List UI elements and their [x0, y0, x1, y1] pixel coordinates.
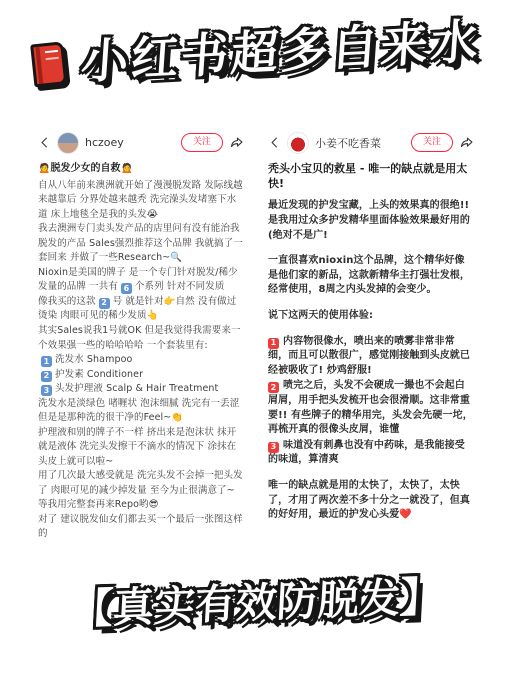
kit-item-label: 洗发水 Shampoo	[55, 354, 132, 365]
post-title: 🙍脱发少女的自救🙍	[38, 161, 244, 176]
share-arrow-icon	[459, 135, 474, 150]
keycap-3-badge: 3	[268, 442, 279, 453]
keycap-3-badge: 3	[41, 385, 52, 396]
post-paragraph: 我去澳洲专门卖头发产品的店里问有没有能治我脱发的产品 Sales强烈推荐这个品牌…	[38, 222, 244, 266]
kit-list-item: 2护发素 Conditioner	[38, 368, 244, 383]
kit-list-item: 3头发护理液 Scalp & Hair Treatment	[38, 382, 244, 397]
post-right-header: 小姜不吃香菜 关注	[268, 132, 474, 154]
post-paragraph: 护理液和别的牌子不一样 挤出来是泡沫状 抹开就是液体 洗完头发擦干不滴水的情况下…	[38, 426, 244, 470]
experience-list-item: 3味道没有刺鼻也没有中药味，是我能接受的味道，算清爽	[268, 439, 474, 468]
post-paragraph: 自从八年前来澳洲就开始了漫漫脱发路 发际线越来越靠后 分界处越来越秃 洗完澡头发…	[38, 179, 244, 223]
share-button[interactable]	[459, 135, 474, 150]
kit-item-label: 护发素 Conditioner	[55, 369, 143, 380]
keycap-1-badge: 1	[268, 338, 279, 349]
paragraph-text: 个系列 针对不同发质	[135, 281, 225, 292]
username[interactable]: hczoey	[85, 136, 175, 149]
chevron-left-icon	[268, 136, 281, 149]
list-item-text: 喷完之后，头发不会硬成一撮也不会起白屑屑，用手把头发梳开也会很滑顺。这非常重要!…	[268, 380, 473, 435]
follow-button[interactable]: 关注	[411, 133, 453, 152]
avatar[interactable]	[57, 132, 79, 154]
post-paragraph: 对了 建议脱发仙女们都去买一个最后一张图这样的	[38, 513, 244, 542]
book-label-lines	[44, 50, 58, 60]
back-button[interactable]	[38, 136, 51, 149]
paragraph-text: 像我买的这款	[38, 296, 96, 307]
post-paragraph: 说下这两天的使用体验:	[268, 309, 474, 324]
share-arrow-icon	[229, 135, 244, 150]
post-paragraph: Nioxin是美国的牌子 是一个专门针对脱发/稀少发量的品牌 一共有6个系列 针…	[38, 266, 244, 295]
posts-row: hczoey 关注 🙍脱发少女的自救🙍 自从八年前来澳洲就开始了漫漫脱发路 发际…	[0, 132, 512, 542]
experience-list-item: 1内容物很像水，喷出来的喷雾非常非常细，而且可以散很广，感觉刚接触到头皮就已经被…	[268, 335, 474, 379]
bottom-title: 【真实有效防脱发】	[70, 573, 441, 633]
red-book-icon	[30, 42, 67, 88]
avatar[interactable]	[287, 132, 309, 154]
top-title: 小红书超多自来水	[79, 16, 482, 89]
bottom-title-banner: 【真实有效防脱发】	[0, 571, 512, 636]
post-left: hczoey 关注 🙍脱发少女的自救🙍 自从八年前来澳洲就开始了漫漫脱发路 发际…	[38, 132, 244, 542]
username[interactable]: 小姜不吃香菜	[315, 135, 405, 151]
keycap-2-badge: 2	[268, 382, 279, 393]
follow-button[interactable]: 关注	[181, 133, 223, 152]
kit-item-label: 头发护理液 Scalp & Hair Treatment	[55, 383, 218, 394]
back-button[interactable]	[268, 136, 281, 149]
post-paragraph: 最近发现的护发宝藏，上头的效果真的很绝!! 是我用过众多护发精华里面体验效果最好…	[268, 199, 474, 243]
experience-list-item: 2喷完之后，头发不会硬成一撮也不会起白屑屑，用手把头发梳开也会很滑顺。这非常重要…	[268, 379, 474, 437]
post-paragraph: 洗发水是淡绿色 啫喱状 泡沫细腻 洗完有一丢涩 但是是那种洗的很干净的Feel~…	[38, 397, 244, 426]
chevron-left-icon	[38, 136, 51, 149]
kit-list-item: 1洗发水 Shampoo	[38, 353, 244, 368]
top-title-banner: 小红书超多自来水	[0, 15, 512, 93]
post-paragraph: 其实Sales说我1号就OK 但是我觉得我需要来一个效果强一些的哈哈哈哈 一个套…	[38, 324, 244, 353]
post-paragraph: 像我买的这款2号 就是针对👉自然 没有做过烫染 肉眼可见的稀少发质👆	[38, 295, 244, 324]
post-paragraph: 唯一的缺点就是用的太快了，太快了，太快了，才用了两次差不多十分之一就没了，但真的…	[268, 479, 474, 523]
share-button[interactable]	[229, 135, 244, 150]
keycap-2-badge: 2	[41, 371, 52, 382]
post-right: 小姜不吃香菜 关注 秃头小宝贝的救星 - 唯一的缺点就是用太快! 最近发现的护发…	[268, 132, 474, 542]
post-left-header: hczoey 关注	[38, 132, 244, 154]
list-item-text: 内容物很像水，喷出来的喷雾非常非常细，而且可以散很广，感觉刚接触到头皮就已经被吸…	[268, 336, 470, 376]
keycap-2-badge: 2	[99, 298, 110, 309]
post-paragraph: 一直很喜欢nioxin这个品牌，这个精华好像是他们家的新品，这款新精华主打强壮发…	[268, 254, 474, 298]
page: { "banners": { "top_title": "小红书超多自来水", …	[0, 0, 512, 683]
keycap-1-badge: 1	[41, 356, 52, 367]
list-item-text: 味道没有刺鼻也没有中药味，是我能接受的味道，算清爽	[268, 440, 465, 466]
keycap-6-badge: 6	[121, 283, 132, 294]
post-paragraph: 用了几次最大感受就是 洗完头发不会掉一把头发了 肉眼可见的减少掉发量 至今为止很…	[38, 469, 244, 513]
post-title: 秃头小宝贝的救星 - 唯一的缺点就是用太快!	[268, 161, 474, 192]
